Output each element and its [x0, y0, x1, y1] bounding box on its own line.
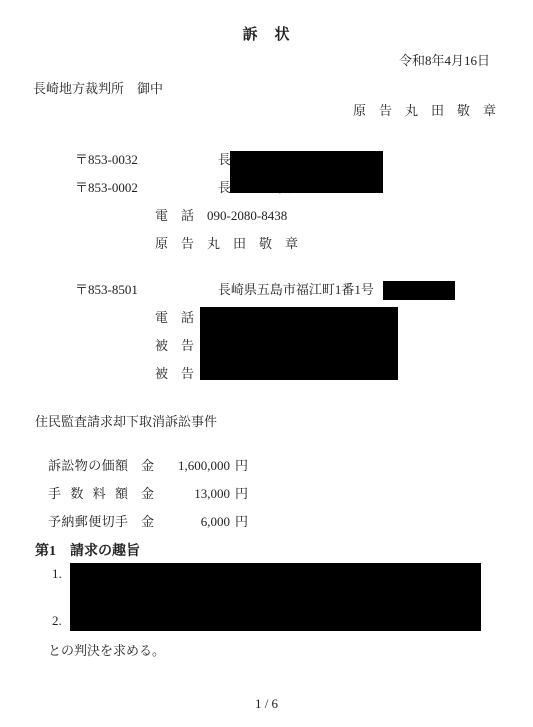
claim-item-1-number: 1.	[52, 566, 62, 582]
amount-unit: 円	[235, 514, 248, 530]
plaintiff-phone-line: 電 話 090-2080-8438	[155, 208, 287, 224]
redaction-box-plaintiff-address	[230, 151, 383, 193]
complaint-document-page: 訴 状 令和8年4月16日 長崎地方裁判所 御中 原 告 丸 田 敬 章 〒85…	[0, 0, 533, 727]
defendant-postal-code: 〒853-8501	[75, 282, 138, 297]
plaintiff-phone-number: 090-2080-8438	[207, 208, 287, 223]
defendant-phone-label: 電 話	[155, 310, 194, 326]
prepaid-stamps-amount: 6,000	[154, 514, 230, 530]
addressed-court: 長崎地方裁判所 御中	[33, 81, 163, 97]
redaction-box-defendants	[200, 307, 398, 380]
plaintiff-name-line: 原 告 丸 田 敬 章	[155, 236, 298, 252]
page-number: 1 / 6	[0, 696, 533, 712]
redaction-box-claims	[70, 563, 481, 631]
prepaid-stamps-label: 予納郵便切手	[48, 514, 128, 530]
plaintiff-postal-code-2: 〒853-0002	[75, 180, 138, 195]
prepaid-stamps-row: 予納郵便切手金6,000円	[35, 498, 248, 545]
case-name: 住民監査請求却下取消訴訟事件	[35, 414, 217, 430]
claim-item-2-number: 2.	[52, 613, 62, 629]
claim-closing-text: との判決を求める。	[48, 643, 165, 659]
defendant-label-2: 被 告	[155, 366, 194, 382]
redaction-box-city-office	[383, 281, 455, 300]
phone-label: 電 話	[155, 208, 194, 223]
section1-heading: 第1 請求の趣旨	[35, 544, 140, 561]
document-title: 訴 状	[0, 26, 533, 44]
defendant-label-1: 被 告	[155, 338, 194, 354]
document-date: 令和8年4月16日	[399, 53, 490, 69]
plaintiff-postal-code-1: 〒853-0032	[75, 152, 138, 167]
spacer	[194, 208, 207, 223]
plaintiff-name-header: 原 告 丸 田 敬 章	[353, 103, 496, 119]
amount-prefix: 金	[141, 514, 154, 530]
